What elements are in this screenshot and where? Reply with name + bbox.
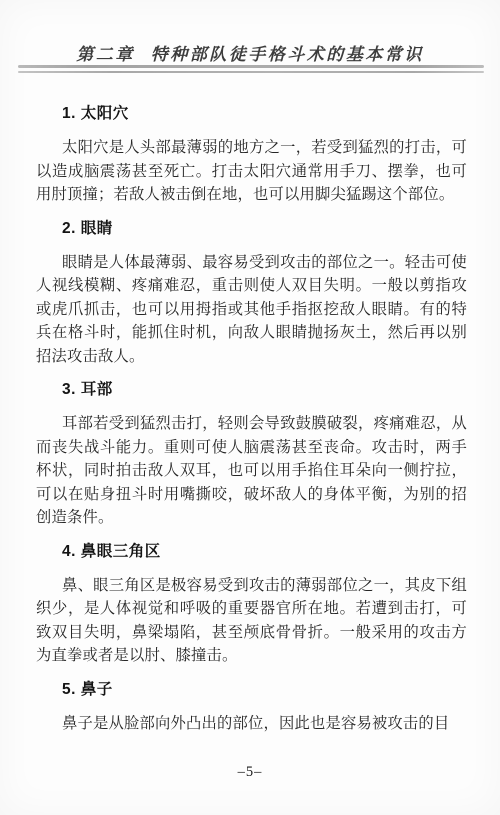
paragraph-line: 人视线模糊、疼痛难忍，重击则使人双目失明。一般以剪指攻击	[36, 274, 467, 298]
paragraph-line: 眼睛是人体最薄弱、最容易受到攻击的部位之一。轻击可使	[36, 251, 467, 275]
paragraph-line: 招法攻击敌人。	[36, 345, 467, 369]
running-head: 第二章特种部队徒手格斗术的基本常识	[0, 40, 500, 65]
paragraph-line: 织少，是人体视觉和呼吸的重要器官所在地。若遭到击打，可导	[36, 597, 467, 621]
paragraph-line: 耳部若受到猛烈击打，轻则会导致鼓膜破裂，疼痛难忍，从	[36, 412, 467, 436]
paragraph-line: 或虎爪抓击，也可以用拇指或其他手指抠挖敌人眼睛。有的特种	[36, 298, 467, 322]
section-heading: 3. 耳部	[62, 380, 467, 400]
section-heading: 5. 鼻子	[62, 680, 467, 700]
paragraph-line: 鼻子是从脸部向外凸出的部位，因此也是容易被攻击的目	[36, 712, 467, 736]
page-content: 1. 太阳穴 太阳穴是人头部最薄弱的地方之一，若受到猛烈的打击，可 以造成脑震荡…	[36, 92, 467, 735]
paragraph-line: 创造条件。	[36, 506, 467, 530]
paragraph-line: 而丧失战斗能力。重则可使人脑震荡甚至丧命。攻击时，两手作	[36, 436, 467, 460]
book-page: 第二章特种部队徒手格斗术的基本常识 1. 太阳穴 太阳穴是人头部最薄弱的地方之一…	[0, 0, 500, 815]
section-nose-eye-triangle: 4. 鼻眼三角区 鼻、眼三角区是极容易受到攻击的薄弱部位之一，其皮下组 织少，是…	[36, 542, 467, 668]
section-heading: 2. 眼睛	[62, 219, 467, 239]
paragraph-line: 可以在贴身扭斗时用嘴撕咬，破坏敌人的身体平衡，为别的招法	[36, 483, 467, 507]
paragraph-line: 兵在格斗时，能抓住时机，向敌人眼睛抛扬灰土，然后再以别的	[36, 321, 467, 345]
paragraph-line: 太阳穴是人头部最薄弱的地方之一，若受到猛烈的打击，可	[36, 136, 467, 160]
section-eyes: 2. 眼睛 眼睛是人体最薄弱、最容易受到攻击的部位之一。轻击可使 人视线模糊、疼…	[36, 219, 467, 369]
paragraph-line: 以造成脑震荡甚至死亡。打击太阳穴通常用手刀、摆拳，也可以	[36, 160, 467, 184]
chapter-title: 特种部队徒手格斗术的基本常识	[151, 45, 424, 65]
paragraph-line: 杯状，同时拍击敌人双耳，也可以用手掐住耳朵向一侧拧拉，还	[36, 459, 467, 483]
header-rule	[18, 65, 484, 73]
section-ears: 3. 耳部 耳部若受到猛烈击打，轻则会导致鼓膜破裂，疼痛难忍，从 而丧失战斗能力…	[36, 380, 467, 530]
paragraph-line: 致双目失明，鼻梁塌陷，甚至颅底骨骨折。一般采用的攻击方法	[36, 621, 467, 645]
paragraph-line: 用肘顶撞；若敌人被击倒在地，也可以用脚尖猛踢这个部位。	[36, 183, 467, 207]
section-nose: 5. 鼻子 鼻子是从脸部向外凸出的部位，因此也是容易被攻击的目	[36, 680, 467, 736]
chapter-label: 第二章	[76, 45, 135, 65]
paragraph-line: 鼻、眼三角区是极容易受到攻击的薄弱部位之一，其皮下组	[36, 574, 467, 598]
page-number: –5–	[0, 764, 500, 781]
section-temple: 1. 太阳穴 太阳穴是人头部最薄弱的地方之一，若受到猛烈的打击，可 以造成脑震荡…	[36, 104, 467, 207]
section-heading: 1. 太阳穴	[62, 104, 467, 124]
header-rule-top	[18, 65, 484, 68]
paragraph-line: 为直拳或者是以肘、膝撞击。	[36, 644, 467, 668]
section-heading: 4. 鼻眼三角区	[62, 542, 467, 562]
header-rule-bottom	[18, 71, 484, 74]
